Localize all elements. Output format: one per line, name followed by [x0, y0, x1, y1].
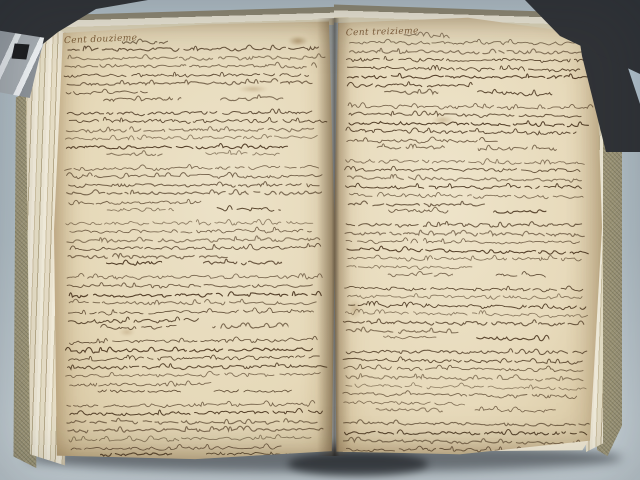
support-board-top-right — [525, 0, 640, 74]
manuscript-line — [348, 196, 590, 206]
manuscript-line — [347, 259, 590, 271]
register-entry — [65, 159, 323, 212]
signature-scribble — [98, 380, 181, 399]
register-entry — [65, 269, 323, 331]
book-supports — [0, 0, 640, 160]
register-entry — [343, 280, 589, 342]
photograph: Cent douzieme Cent treizieme — [0, 0, 640, 480]
register-entry — [344, 153, 590, 215]
signature-scribble — [387, 263, 452, 282]
spine-shadow — [288, 452, 428, 476]
register-entry — [344, 216, 590, 278]
metal-clip-notch — [12, 43, 30, 59]
register-entry — [65, 214, 323, 267]
manuscript-line — [67, 168, 323, 177]
register-entry — [343, 343, 590, 414]
register-entry — [65, 332, 323, 394]
signature-scribble — [216, 197, 280, 217]
